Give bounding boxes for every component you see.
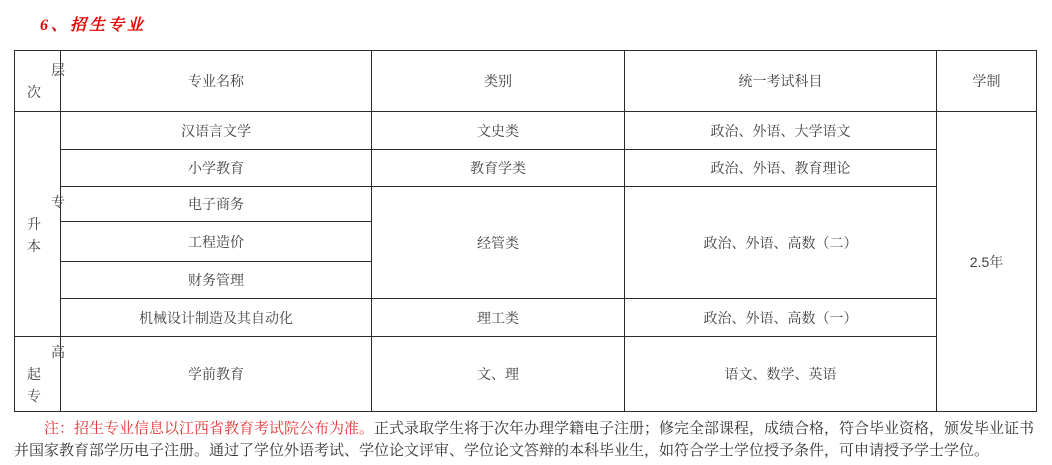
header-cell-category: 类别 [372,51,625,112]
major-cell: 汉语言文学 [61,112,372,150]
level-label-zhuanshengben: 专升本 [27,191,41,257]
major-cell: 机械设计制造及其自动化 [61,299,372,337]
major-cell: 电子商务 [61,187,372,222]
table-row: 专升本 汉语言文学 文史类 政治、外语、大学语文 2.5年 [15,112,1037,150]
duration-cell: 2.5年 [937,112,1037,412]
table-row: 电子商务 经管类 政治、外语、高数（二） [15,187,1037,222]
section-heading: 6、招生专业 [40,12,1036,35]
category-cell: 教育学类 [372,150,625,187]
subjects-cell: 政治、外语、高数（一） [625,299,937,337]
major-cell: 财务管理 [61,262,372,299]
subjects-cell: 语文、数学、英语 [625,337,937,412]
table-header-row: 层次 专业名称 类别 统一考试科目 学制 [15,51,1037,112]
category-cell: 经管类 [372,187,625,299]
level-cell-zhuanshengben: 专升本 [15,112,61,337]
header-cell-level: 层次 [15,51,61,112]
page: 6、招生专业 层次 专业名称 类别 统一考试科目 学制 专升本 汉语言文学 文史… [0,0,1052,462]
category-cell: 文史类 [372,112,625,150]
level-cell-gaoqizhuan: 高起专 [15,337,61,412]
note: 注：招生专业信息以江西省教育考试院公布为准。正式录取学生将于次年办理学籍电子注册… [14,418,1036,462]
level-label-gaoqizhuan: 高起专 [27,341,41,407]
table-row: 机械设计制造及其自动化 理工类 政治、外语、高数（一） [15,299,1037,337]
header-cell-subjects: 统一考试科目 [625,51,937,112]
category-cell: 文、理 [372,337,625,412]
table-row: 小学教育 教育学类 政治、外语、教育理论 [15,150,1037,187]
major-cell: 学前教育 [61,337,372,412]
category-cell: 理工类 [372,299,625,337]
header-cell-duration: 学制 [937,51,1037,112]
major-cell: 小学教育 [61,150,372,187]
table-row: 高起专 学前教育 文、理 语文、数学、英语 [15,337,1037,412]
subjects-cell: 政治、外语、教育理论 [625,150,937,187]
admissions-table: 层次 专业名称 类别 统一考试科目 学制 专升本 汉语言文学 文史类 政治、外语… [14,50,1037,412]
header-level-label: 层次 [27,59,41,103]
subjects-cell: 政治、外语、大学语文 [625,112,937,150]
header-cell-major: 专业名称 [61,51,372,112]
note-red-text: 注：招生专业信息以江西省教育考试院公布为准。 [44,420,374,437]
major-cell: 工程造价 [61,222,372,262]
subjects-cell: 政治、外语、高数（二） [625,187,937,299]
